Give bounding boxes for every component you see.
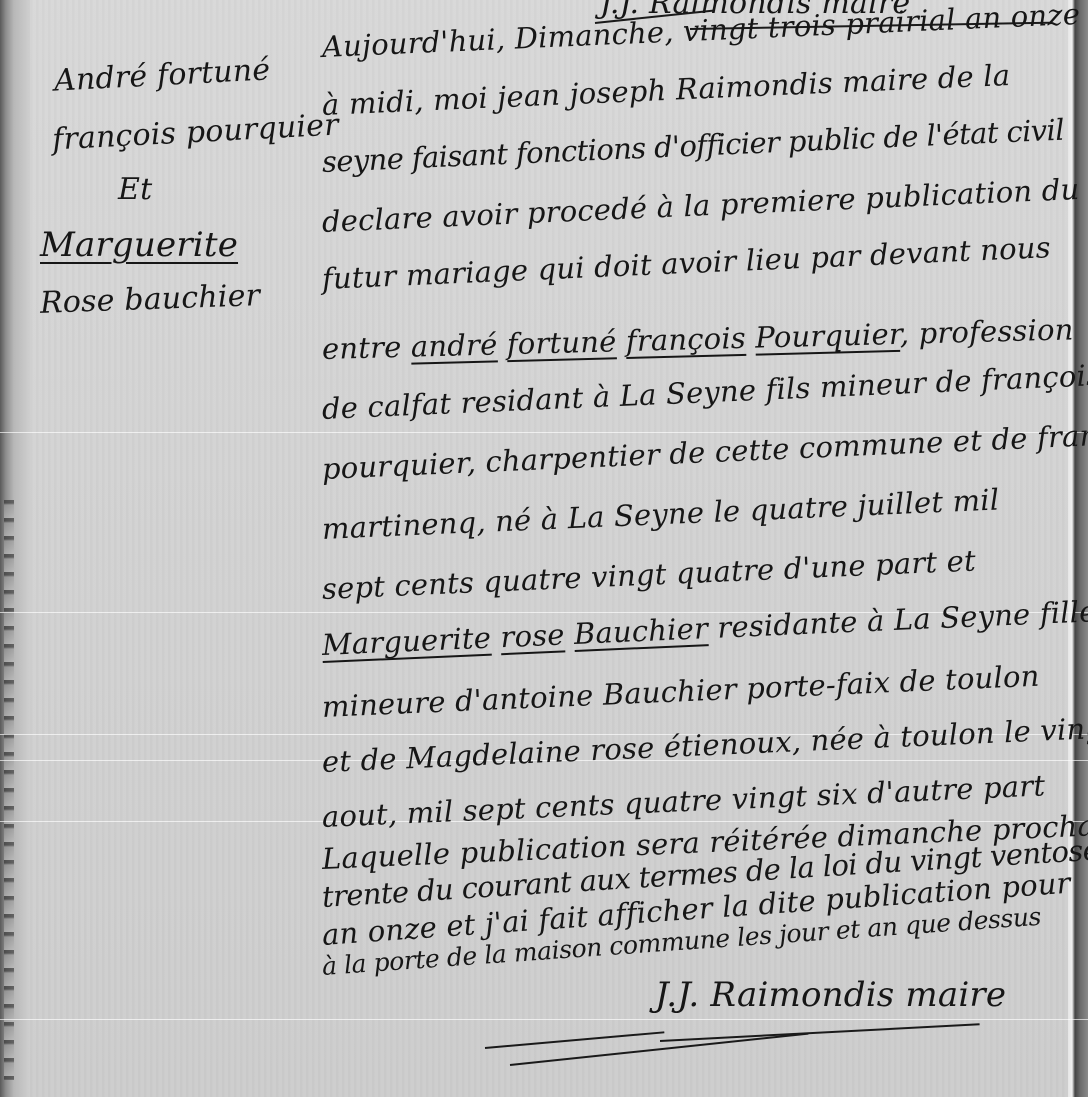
body-line: seyne faisant fonctions d'officier publi… [321,113,1064,179]
signature-flourish [510,1033,809,1066]
body-line-groom: entre andré fortuné françois Pourquier, … [322,312,1074,366]
left-binding-edge [0,0,30,1097]
underlined-name: andré [410,327,497,363]
body-line-bride: Marguerite rose Bauchier residante à La … [321,594,1088,662]
body-line: futur mariage qui doit avoir lieu par de… [321,230,1051,296]
signature-flourish [485,1031,664,1049]
mayor-signature: J.J. Raimondis maire [655,975,1006,1015]
margin-line-and: Et [118,172,152,207]
underlined-name: rose [500,617,566,654]
body-line: declare avoir procedé à la premiere publ… [321,172,1080,239]
body-text: entre [322,330,412,366]
right-binding-gutter [1068,0,1088,1097]
body-line: sept cents quatre vingt quatre d'une par… [321,543,976,606]
scanned-register-page: J.J. Raimondis maire André fortuné franç… [0,0,1088,1097]
body-line: martinenq, né à La Seyne le quatre juill… [321,482,1000,546]
underlined-name: Bauchier [573,611,708,651]
margin-line-groom-first: André fortuné [53,52,271,98]
scan-artifact [0,1019,1088,1020]
body-line: à midi, moi jean joseph Raimondis maire … [321,58,1011,122]
underlined-name: françois [625,321,746,358]
margin-line-bride-first: Marguerite [40,225,238,265]
body-text: , profession [899,312,1074,351]
underlined-name: Pourquier [755,317,900,355]
underlined-name: fortuné [506,324,616,361]
body-line: et de Magdelaine rose étienoux, née à to… [321,710,1088,779]
signature-flourish [660,1023,980,1041]
body-line: pourquier, charpentier de cette commune … [321,415,1088,486]
margin-line-groom-last: françois pourquier [51,108,339,158]
body-line: de calfat residant à La Seyne fils mineu… [321,358,1088,426]
underlined-name: Marguerite [321,621,492,662]
body-line: mineure d'antoine Bauchier porte-faix de… [321,659,1040,724]
body-text: residante à La Seyne fille [707,594,1088,645]
margin-line-bride-last: Rose bauchier [39,278,260,321]
